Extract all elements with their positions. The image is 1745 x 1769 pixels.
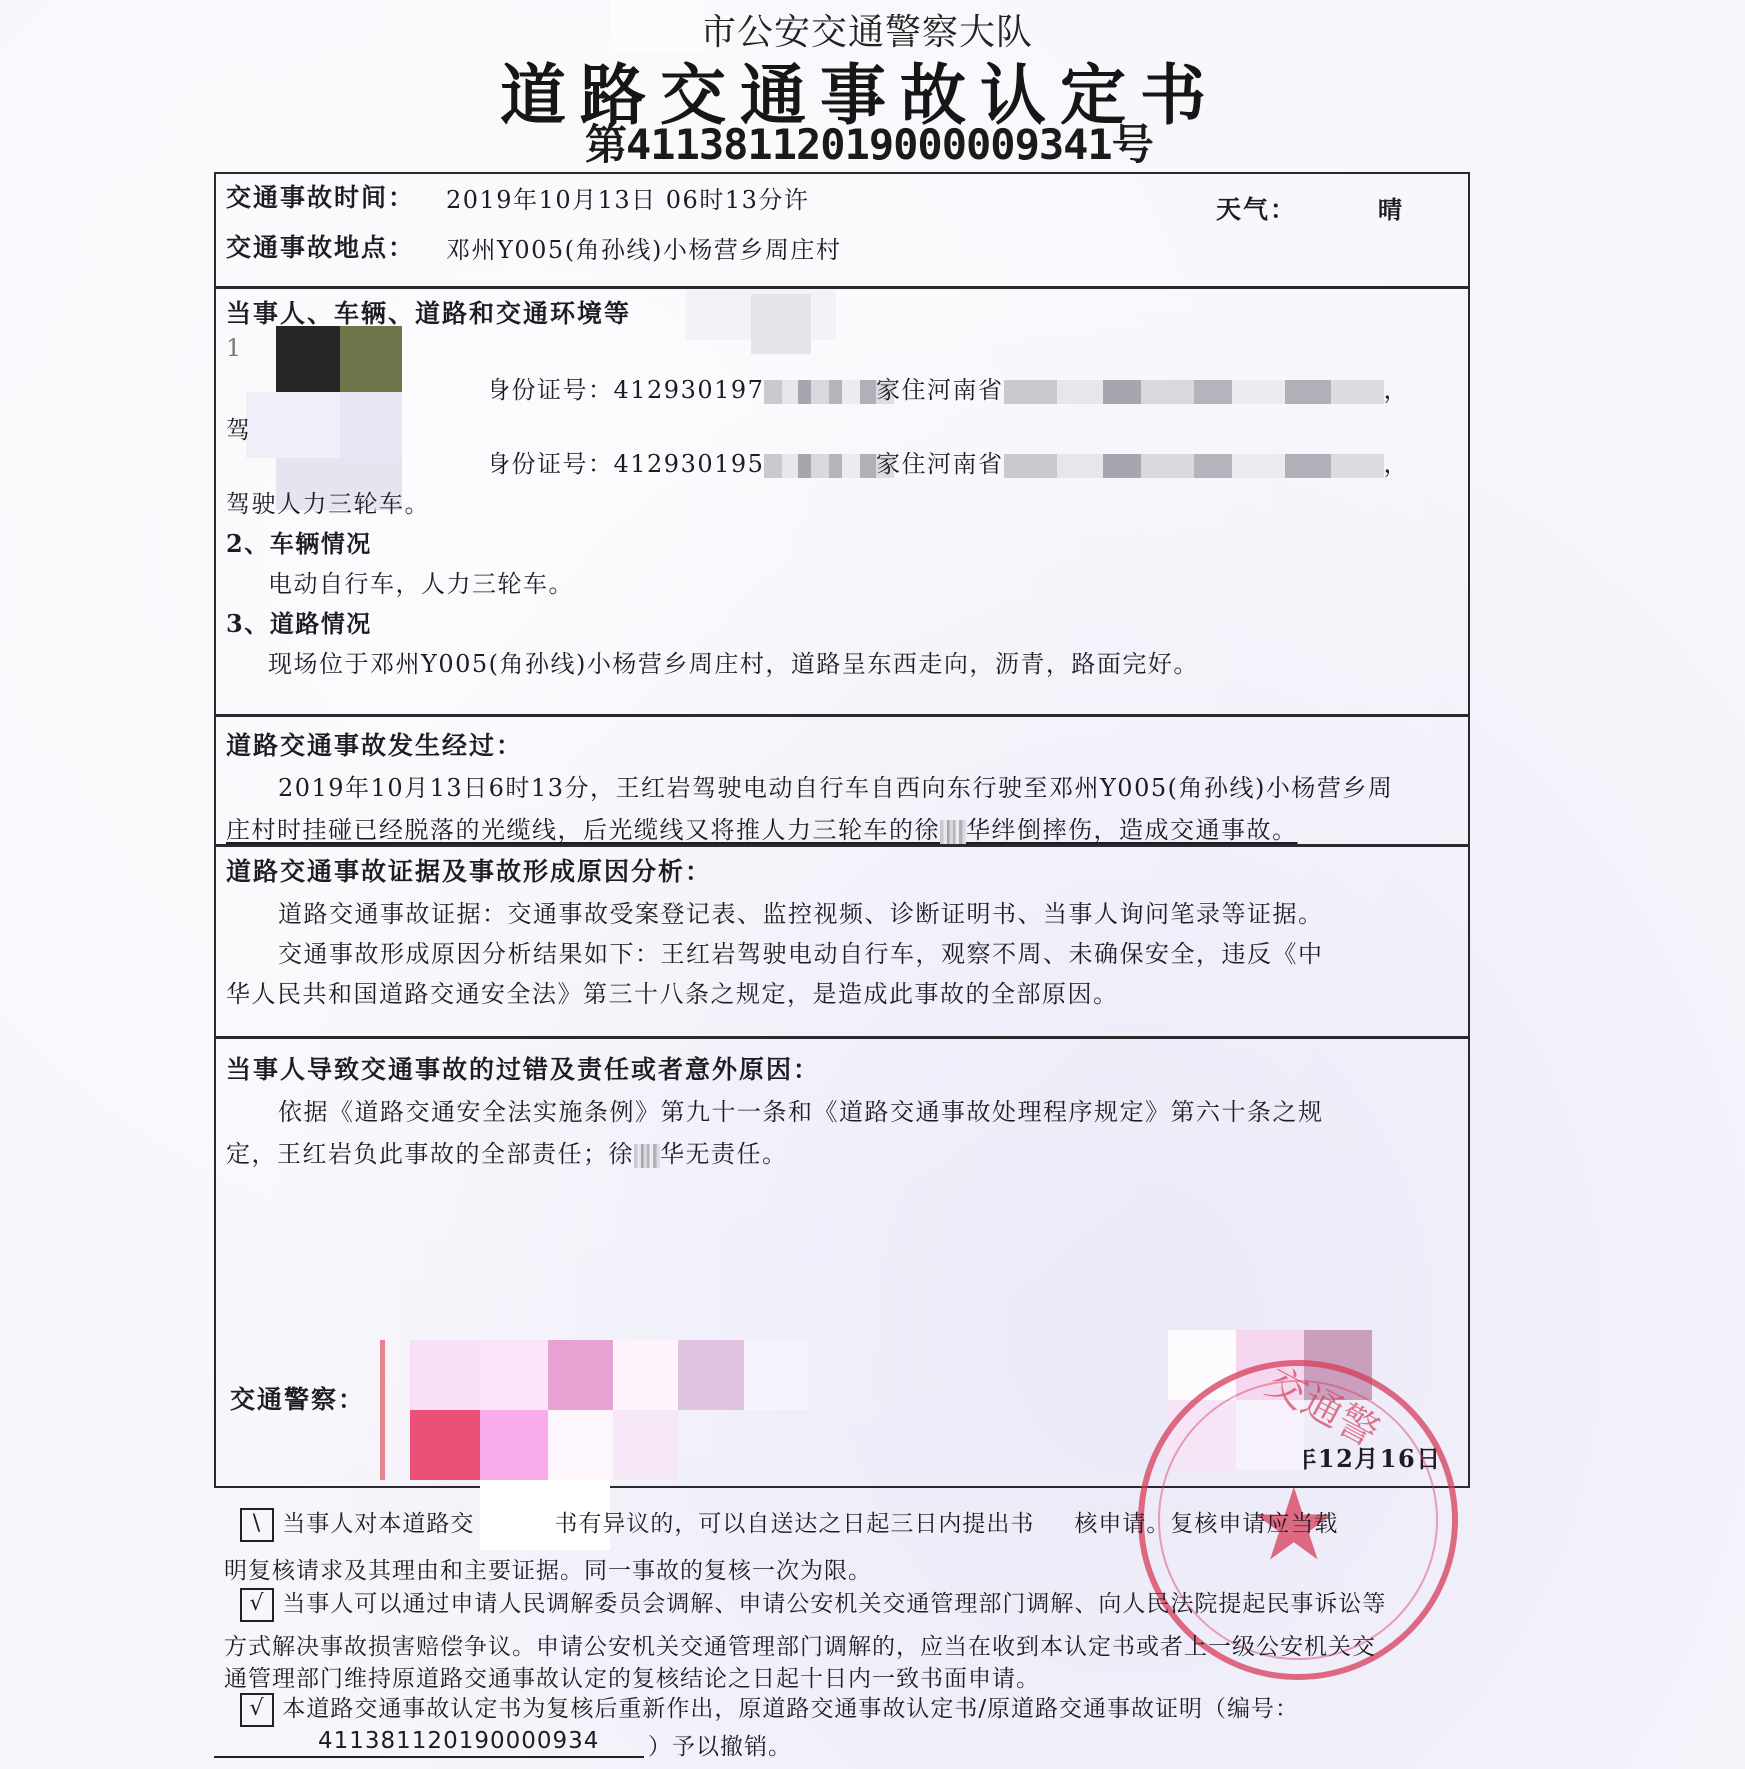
redaction-mosaic: [410, 1410, 480, 1480]
redacted-name: [634, 1144, 660, 1168]
party2-id-value: 412930195: [614, 450, 765, 478]
redaction-mosaic: [744, 1340, 808, 1410]
evidence-heading: 道路交通事故证据及事故形成原因分析：: [226, 852, 712, 888]
occurrence-text: 庄村时挂碰已经脱落的光缆线，后光缆线又将推人力三轮车的徐: [226, 816, 940, 844]
redacted-address: [1004, 380, 1384, 404]
road-heading: 3、道路情况: [226, 604, 372, 639]
item-number: 1: [226, 334, 243, 362]
redaction-mosaic: [613, 1340, 678, 1410]
notice-text: 当事人可以通过申请人民调解委员会调解、申请公安机关交通管理部门调解、向人民法院提…: [282, 1591, 1386, 1617]
checkbox-review[interactable]: \: [240, 1508, 274, 1542]
time-value: 2019年10月13日 06时13分许: [446, 180, 809, 215]
evidence-line-1: 道路交通事故证据：交通事故受案登记表、监控视频、诊断证明书、当事人询问笔录等证据…: [278, 894, 1324, 929]
redaction-mosaic: [380, 1340, 385, 1480]
occurrence-heading: 道路交通事故发生经过：: [226, 726, 523, 762]
time-label: 交通事故时间：: [226, 178, 415, 214]
road-text: 现场位于邓州Y005(角孙线)小杨营乡周庄村，道路呈东西走向，沥青，路面完好。: [268, 644, 1199, 679]
reference-underline: [214, 1756, 644, 1758]
address-prefix: 家住河南省: [876, 376, 1004, 404]
evidence-line-2: 交通事故形成原因分析结果如下：王红岩驾驶电动自行车，观察不周、未确保安全，违反《…: [278, 934, 1324, 969]
party2-vehicle: 驾驶人力三轮车。: [226, 484, 430, 519]
redaction-mosaic: [548, 1340, 613, 1410]
notice-text: 当事人对本道路交: [282, 1511, 474, 1537]
party1-id-label: 身份证号：: [486, 376, 614, 404]
occurrence-line-2: 庄村时挂碰已经脱落的光缆线，后光缆线又将推人力三轮车的徐华绊倒摔伤，造成交通事故…: [226, 810, 1298, 845]
vehicle-heading: 2、车辆情况: [226, 524, 372, 559]
notice-review-line-2: 明复核请求及其理由和主要证据。同一事故的复核一次为限。: [224, 1552, 872, 1585]
notice-text: 本道路交通事故认定书为复核后重新作出，原道路交通事故认定书/原道路交通事故证明（…: [282, 1696, 1299, 1722]
redaction-mosaic: [613, 1410, 678, 1480]
notice-mediation-line-3: 通管理部门维持原道路交通事故认定的复核结论之日起十日内一致书面申请。: [224, 1660, 1040, 1693]
notice-mediation-line-2: 方式解决事故损害赔偿争议。申请公安机关交通管理部门调解的，应当在收到本认定书或者…: [224, 1628, 1376, 1661]
document-number: 第41138112019000009341号: [585, 112, 1105, 172]
redacted-name: [940, 820, 966, 844]
section-divider: [216, 286, 1468, 289]
vehicle-text: 电动自行车，人力三轮车。: [268, 564, 574, 599]
redacted-address: [1004, 454, 1384, 478]
address-prefix: 家住河南省: [876, 450, 1004, 478]
notice-revocation: √ 本道路交通事故认定书为复核后重新作出，原道路交通事故认定书/原道路交通事故证…: [240, 1690, 1299, 1727]
redaction-mosaic: [480, 1340, 548, 1410]
evidence-line-3: 华人民共和国道路交通安全法》第三十八条之规定，是造成此事故的全部原因。: [226, 974, 1119, 1009]
redaction-mosaic: [480, 1410, 548, 1480]
responsibility-text: 定，王红岩负此事故的全部责任；徐: [226, 1140, 634, 1168]
location-value: 邓州Y005(角孙线)小杨营乡周庄村: [446, 230, 841, 265]
notice-mediation: √ 当事人可以通过申请人民调解委员会调解、申请公安机关交通管理部门调解、向人民法…: [240, 1585, 1386, 1622]
notice-text: 核申请。复核申请应当载: [1074, 1511, 1338, 1537]
driver-char: 驾: [226, 410, 252, 445]
notice-review: \ 当事人对本道路交书有异议的，可以自送达之日起三日内提出书核申请。复核申请应当…: [240, 1505, 1338, 1542]
redaction-mosaic: [548, 1410, 613, 1480]
checkbox-revocation[interactable]: √: [240, 1693, 274, 1727]
notice-text: 书有异议的，可以自送达之日起三日内提出书: [554, 1511, 1034, 1537]
responsibility-heading: 当事人导致交通事故的过错及责任或者意外原因：: [226, 1050, 820, 1086]
redacted-id: [764, 454, 894, 478]
section-divider: [216, 1036, 1468, 1039]
officer-label: 交通警察：: [230, 1380, 365, 1416]
responsibility-line-1: 依据《道路交通安全法实施条例》第九十一条和《道路交通事故处理程序规定》第六十条之…: [278, 1092, 1324, 1127]
party2-address: 家住河南省，: [876, 444, 1409, 479]
checkbox-mediation[interactable]: √: [240, 1588, 274, 1622]
redaction-mosaic: [276, 326, 340, 392]
weather-value: 晴: [1378, 190, 1404, 225]
location-label: 交通事故地点：: [226, 228, 415, 264]
revocation-tail: ）予以撤销。: [648, 1728, 792, 1761]
redacted-id: [764, 380, 894, 404]
responsibility-line-2: 定，王红岩负此事故的全部责任；徐华无责任。: [226, 1134, 788, 1169]
redaction-mosaic: [402, 374, 492, 444]
party1-address: 家住河南省，: [876, 370, 1409, 405]
occurrence-line-1: 2019年10月13日6时13分，王红岩驾驶电动自行车自西向东行驶至邓州Y005…: [278, 768, 1393, 803]
occurrence-text: 华绊倒摔伤，造成交通事故。: [966, 816, 1298, 844]
redaction-mosaic: [410, 1340, 480, 1410]
section-divider: [216, 844, 1468, 847]
redaction-mosaic: [340, 326, 402, 392]
party1-id-value: 412930197: [614, 376, 765, 404]
original-document-number: 411381120190000934: [318, 1728, 599, 1754]
responsibility-text: 华无责任。: [660, 1140, 788, 1168]
redaction-mosaic: [678, 1340, 744, 1410]
redaction-mosaic: [340, 392, 402, 458]
parties-heading: 当事人、车辆、道路和交通环境等: [226, 294, 631, 330]
party2-id-label: 身份证号：: [486, 450, 614, 478]
party1-id: 身份证号：412930197: [486, 370, 894, 405]
accident-form: 交通事故时间： 2019年10月13日 06时13分许 天气： 晴 交通事故地点…: [214, 172, 1470, 1488]
party2-id: 身份证号：412930195: [486, 444, 894, 479]
weather-label: 天气：: [1216, 190, 1297, 226]
section-divider: [216, 714, 1468, 717]
redaction-mosaic: [751, 294, 811, 354]
